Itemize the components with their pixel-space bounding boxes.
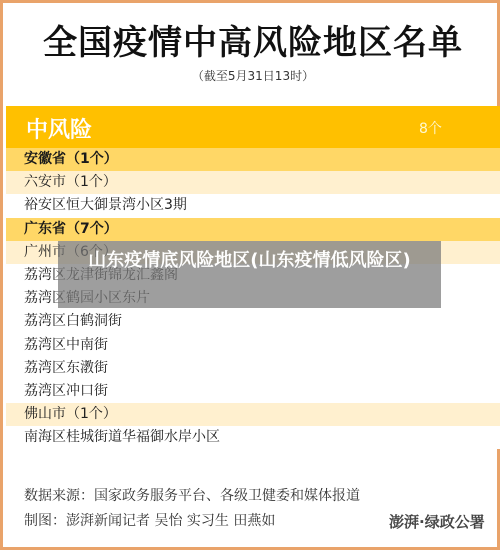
caption-overlay: 山东疫情底风险地区(山东疫情低风险区) [58,241,441,308]
province-row: 广东省（7个） [6,218,500,241]
area-row: 荔湾区东漖街 [6,357,500,380]
area-row: 荔湾区白鹤洞街 [6,310,500,333]
area-row: 裕安区恒大御景湾小区3期 [6,194,500,217]
page-title: 全国疫情中高风险地区名单 [3,15,500,64]
data-source: 数据来源：国家政务服务平台、各级卫健委和媒体报道 [24,485,360,505]
province-row: 安徽省（1个） [6,148,500,171]
risk-level-label: 中风险 [26,113,92,144]
medium-risk-header: 中风险 8个 [6,106,500,148]
city-row: 六安市（1个） [6,171,500,194]
credit-line: 制图：澎湃新闻记者 吴怡 实习生 田燕如 [24,510,275,530]
risk-count: 8个 [419,118,442,138]
area-row: 南海区桂城街道华福御水岸小区 [6,426,500,449]
page-subtitle: （截至5月31日13时） [3,67,500,84]
city-row: 佛山市（1个） [6,403,500,426]
area-row: 荔湾区中南街 [6,334,500,357]
area-row: 荔湾区冲口街 [6,380,500,403]
publisher-logo: 澎湃·绿政公署 [389,511,485,532]
